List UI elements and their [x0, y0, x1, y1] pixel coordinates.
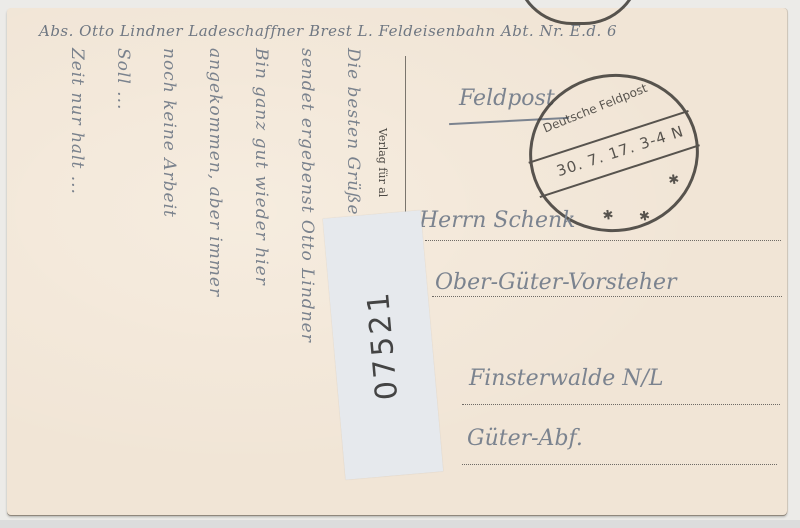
- message-area: Die besten Grüße von Brest sendet ergebe…: [45, 48, 375, 488]
- message-line: angekommen, aber immer: [205, 48, 225, 297]
- address-line4: Güter-Abf.: [467, 426, 583, 451]
- address-city: Finsterwalde N/L: [469, 366, 664, 391]
- card-divider-line: [405, 56, 406, 231]
- publisher-imprint: Verlag für al: [376, 128, 389, 197]
- postcard: Abs. Otto Lindner Ladeschaffner Brest L.…: [7, 8, 787, 515]
- address-dotted-line: [462, 464, 777, 465]
- message-line: sendet ergebenst Otto Lindner: [297, 48, 317, 343]
- address-title: Ober-Güter-Vorsteher: [435, 270, 677, 295]
- star-icon: ✱: [638, 209, 651, 225]
- message-line: Soll ...: [113, 48, 133, 110]
- address-salutation: Herrn Schenk: [419, 208, 575, 233]
- scan-background-strip: [0, 520, 800, 528]
- star-icon: ✱: [602, 208, 615, 224]
- message-line: Zeit nur halt ...: [67, 48, 87, 195]
- star-icon: ✱: [667, 172, 680, 188]
- message-line: noch keine Arbeit: [159, 48, 179, 218]
- address-dotted-line: [432, 296, 782, 297]
- feldpost-note: Feldpost: [459, 86, 555, 111]
- inventory-number: 07521: [361, 288, 405, 401]
- sender-line: Abs. Otto Lindner Ladeschaffner Brest L.…: [39, 22, 617, 40]
- address-dotted-line: [425, 240, 781, 241]
- address-dotted-line: [462, 404, 780, 405]
- message-line: Bin ganz gut wieder hier: [251, 48, 271, 286]
